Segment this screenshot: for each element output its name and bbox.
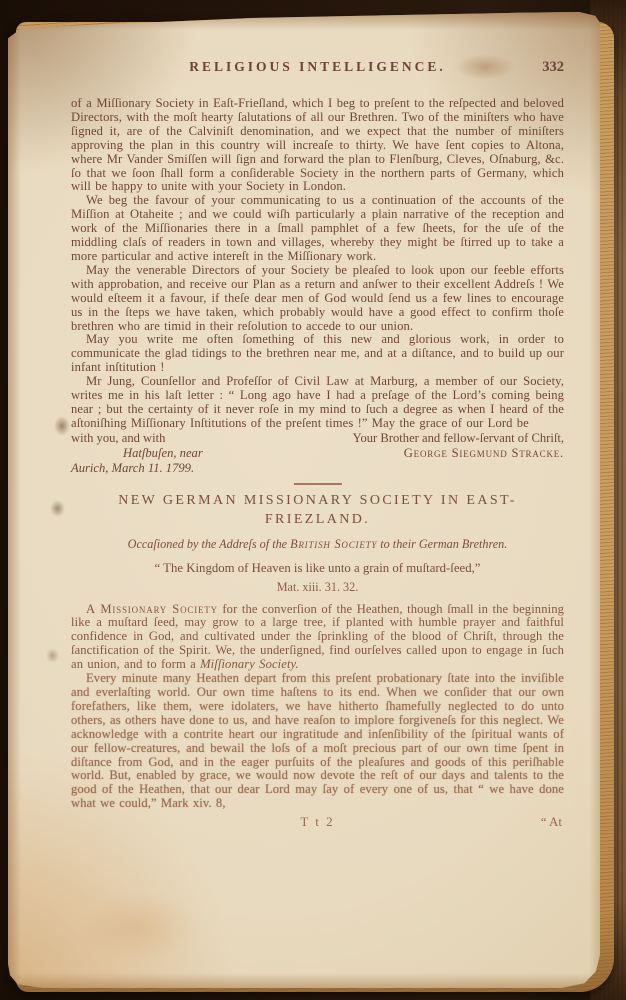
closing-right: Your Brother and fellow-ſervant of Chriſ… [353,431,564,446]
gathering-signature-mark: T t 2 [300,814,334,830]
section-heading-line-2: FRIEZLAND. [71,510,564,530]
letter-paragraph-2: We beg the favour of your communicating … [71,194,564,264]
letter-paragraph-1: of a Miſſionary Society in Eaſt-Frieſlan… [71,97,564,194]
section-paragraph-2: Every minute many Heathen depart from th… [71,672,564,811]
date-line: Aurich, March 11. 1799. [71,461,564,476]
catchword: “ At [541,814,564,830]
section-divider [294,483,342,485]
page-number: 332 [542,59,564,76]
closing-left: with you, and with [71,431,165,446]
scripture-reference: Mat. xiii. 31. 32. [71,580,564,595]
page-content: RELIGIOUS INTELLIGENCE. 332 of a Miſſion… [8,12,600,988]
subtitle-post: to their German Brethren. [377,537,507,551]
signature-row: Hatſbuſen, near George Siegmund Stracke. [71,446,564,461]
page-footer: T t 2 “ At [71,814,564,830]
letter-paragraph-4: May you write me often ſomething of this… [71,333,564,375]
paragraph-lead-smallcaps: A Missionary Society [86,602,218,616]
letter-closing: with you, and with Your Brother and fell… [71,431,564,446]
letter-paragraph-5: Mr Jung, Counſellor and Profeſſor of Civ… [71,375,564,431]
paragraph-italic-tail: Miſſionary Society. [200,657,299,671]
section-subtitle: Occaſioned by the Addreſs of the British… [71,537,564,552]
section-heading-line-1: NEW GERMAN MISSIONARY SOCIETY IN EAST- [71,491,564,511]
signature: George Siegmund Stracke. [404,446,564,461]
subtitle-pre: Occaſioned by the Addreſs of the [128,537,290,551]
section-paragraph-1: A Missionary Society for the converſion … [71,603,564,673]
letter-paragraph-3: May the venerable Directors of your Soci… [71,264,564,334]
place-line: Hatſbuſen, near [123,446,203,461]
subtitle-society-name: British Society [290,537,377,551]
book-photo-scene: RELIGIOUS INTELLIGENCE. 332 of a Miſſion… [0,0,626,1000]
scripture-quote: “ The Kingdom of Heaven is like unto a g… [71,561,564,576]
running-title: RELIGIOUS INTELLIGENCE. [189,59,446,75]
book-page: RELIGIOUS INTELLIGENCE. 332 of a Miſſion… [8,12,600,988]
